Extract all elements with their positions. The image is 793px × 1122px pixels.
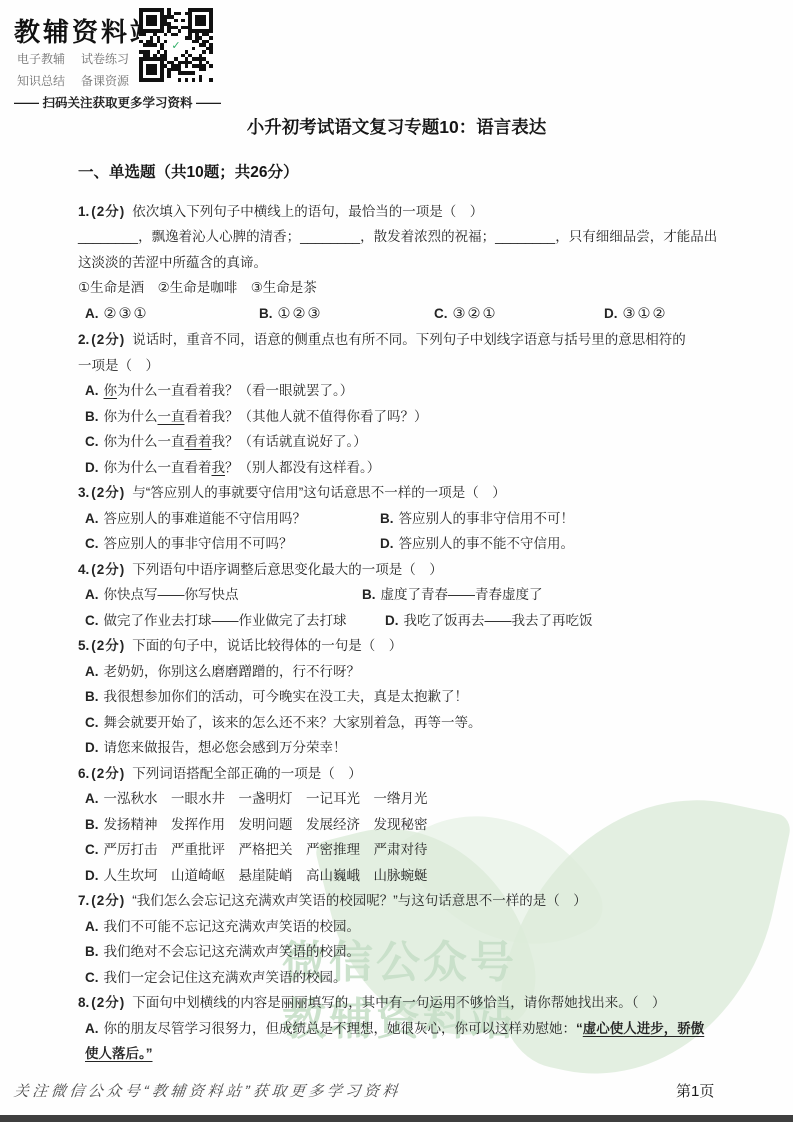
option-a: A.你为什么一直看着我？（看一眼就罢了。） [78,378,726,404]
question-stem: 与“答应别人的事就要守信用”这句话意思不一样的一项是（ ） [132,485,506,500]
tagline: 知识总结 [17,72,65,89]
question-stem: 下面的句子中，说话比较得体的一句是（ ） [132,638,402,653]
question-7: 7.(2分)“我们怎么会忘记这充满欢声笑语的校园呢？”与这句话意思不一样的是（ … [78,888,726,990]
brand-taglines: 电子教辅 试卷练习 知识总结 备课资源 [17,50,129,89]
option-a: A.一泓秋水 一眼水井 一盏明灯 一记耳光 一绺月光 [78,786,726,812]
question-stem: 下面句中划横线的内容是丽丽填写的，其中有一句运用不够恰当，请你帮她找出来。（ ） [132,995,665,1010]
brand-logo: 教辅资料站 [14,12,159,49]
question-number: 1. [78,204,89,219]
question-6: 6.(2分)下列词语搭配全部正确的一项是（ ） A.一泓秋水 一眼水井 一盏明灯… [78,761,726,889]
option-c: C.做完了作业去打球——作业做完了去打球 [85,608,385,634]
question-body-line: ________，飘逸着沁人心脾的清香；________，散发着浓烈的祝福；__… [78,224,726,250]
question-number: 7. [78,893,89,908]
option-c: C.答应别人的事非守信用不可吗？ [85,531,380,557]
option-d: D.我吃了饭再去——我去了再吃饭 [385,608,593,634]
qr-center-leaf-icon: ✓ [168,37,184,53]
question-body-line: 这淡淡的苦涩中所蕴含的真谛。 [78,250,726,276]
question-number: 3. [78,485,89,500]
option-b: B.我们绝对不会忘记这充满欢声笑语的校园。 [78,939,726,965]
footer-note: 关注微信公众号“教辅资料站”获取更多学习资料 [13,1080,402,1101]
option-c: C.我们一定会记住这充满欢声笑语的校园。 [78,965,726,991]
tagline: 备课资源 [81,72,129,89]
question-score: (2分) [91,204,125,219]
option-c: C.③②① [434,301,604,328]
option-b: B.虚度了青春——青春虚度了 [362,582,543,608]
question-stem: 依次填入下列句子中横线上的语句，最恰当的一项是（ ） [132,204,483,219]
tagline: 电子教辅 [17,50,65,67]
option-b: B.①②③ [259,301,434,328]
option-c: C.舞会就要开始了，该来的怎么还不来？大家别着急，再等一等。 [78,710,726,736]
option-d: D.答应别人的事不能不守信用。 [380,531,574,557]
option-a: A.你的朋友尽管学习很努力，但成绩总是不理想，她很灰心，你可以这样劝慰她：“虚心… [78,1016,726,1042]
options-row: A.答应别人的事难道能不守信用吗？ B.答应别人的事非守信用不可！ [78,506,726,532]
option-d: D.③①② [604,301,668,328]
options-row: C.做完了作业去打球——作业做完了去打球 D.我吃了饭再去——我去了再吃饭 [78,608,726,634]
question-score: (2分) [91,766,125,781]
scan-follow-note: —— 扫码关注获取更多学习资料 —— [14,93,221,111]
question-stem: 说话时，重音不同，语意的侧重点也有所不同。下列句子中划线字语意与括号里的意思相符… [132,332,686,347]
question-score: (2分) [91,893,125,908]
option-d: D.人生坎坷 山道崎岖 悬崖陡峭 高山巍峨 山脉蜿蜒 [78,863,726,889]
question-score: (2分) [91,562,125,577]
question-score: (2分) [91,332,125,347]
bottom-bar [0,1115,793,1122]
question-1: 1.(2分)依次填入下列句子中横线上的语句，最恰当的一项是（ ） _______… [78,199,726,328]
question-stem: 下列词语搭配全部正确的一项是（ ） [132,766,362,781]
options-row: A.②③① B.①②③ C.③②① D.③①② [78,301,726,328]
option-a: A.老奶奶，你别这么磨磨蹭蹭的，行不行呀？ [78,659,726,685]
question-number: 8. [78,995,89,1010]
option-a: A.你快点写——你写快点 [85,582,362,608]
question-number: 2. [78,332,89,347]
option-c: C.严厉打击 严重批评 严格把关 严密推理 严肃对待 [78,837,726,863]
option-a: A.②③① [85,301,259,328]
page-title: 小升初考试语文复习专题10：语言表达 [0,114,793,139]
option-d: D.你为什么一直看着我？（别人都没有这样看。） [78,455,726,481]
question-3: 3.(2分)与“答应别人的事就要守信用”这句话意思不一样的一项是（ ） A.答应… [78,480,726,557]
option-b: B.你为什么一直看着我？（其他人就不值得你看了吗？） [78,404,726,430]
option-c: C.你为什么一直看着我？（有话就直说好了。） [78,429,726,455]
question-4: 4.(2分)下列语句中语序调整后意思变化最大的一项是（ ） A.你快点写——你写… [78,557,726,634]
question-number: 4. [78,562,89,577]
options-row: A.你快点写——你写快点 B.虚度了青春——青春虚度了 [78,582,726,608]
option-a: A.答应别人的事难道能不守信用吗？ [85,506,380,532]
question-5: 5.(2分)下面的句子中，说话比较得体的一句是（ ） A.老奶奶，你别这么磨磨蹭… [78,633,726,761]
question-score: (2分) [91,638,125,653]
question-stem: “我们怎么会忘记这充满欢声笑语的校园呢？”与这句话意思不一样的是（ ） [132,893,587,908]
option-a-line2: 使人落后。” [78,1041,726,1067]
exam-document-page: 微信公众号 教辅资料站 教辅资料站 电子教辅 试卷练习 知识总结 备课资源 ——… [0,0,793,1122]
question-score: (2分) [91,485,125,500]
option-b: B.我很想参加你们的活动，可今晚实在没工夫，真是太抱歉了！ [78,684,726,710]
page-number: 第1页 [676,1080,714,1101]
options-row: C.答应别人的事非守信用不可吗？ D.答应别人的事不能不守信用。 [78,531,726,557]
tagline: 试卷练习 [81,50,129,67]
question-8: 8.(2分)下面句中划横线的内容是丽丽填写的，其中有一句运用不够恰当，请你帮她找… [78,990,726,1067]
question-stem-line2: 一项是（ ） [78,353,726,379]
question-2: 2.(2分)说话时，重音不同，语意的侧重点也有所不同。下列句子中划线字语意与括号… [78,327,726,480]
question-score: (2分) [91,995,125,1010]
option-b: B.发扬精神 发挥作用 发明问题 发展经济 发现秘密 [78,812,726,838]
qr-code: ✓ [139,8,213,82]
question-number: 5. [78,638,89,653]
option-b: B.答应别人的事非守信用不可！ [380,506,574,532]
option-d: D.请您来做报告，想必您会感到万分荣幸！ [78,735,726,761]
question-stem: 下列语句中语序调整后意思变化最大的一项是（ ） [132,562,443,577]
option-a: A.我们不可能不忘记这充满欢声笑语的校园。 [78,914,726,940]
section-heading: 一、单选题（共10题；共26分） [78,160,726,186]
question-number: 6. [78,766,89,781]
question-body-line: ①生命是酒 ②生命是咖啡 ③生命是茶 [78,275,726,301]
